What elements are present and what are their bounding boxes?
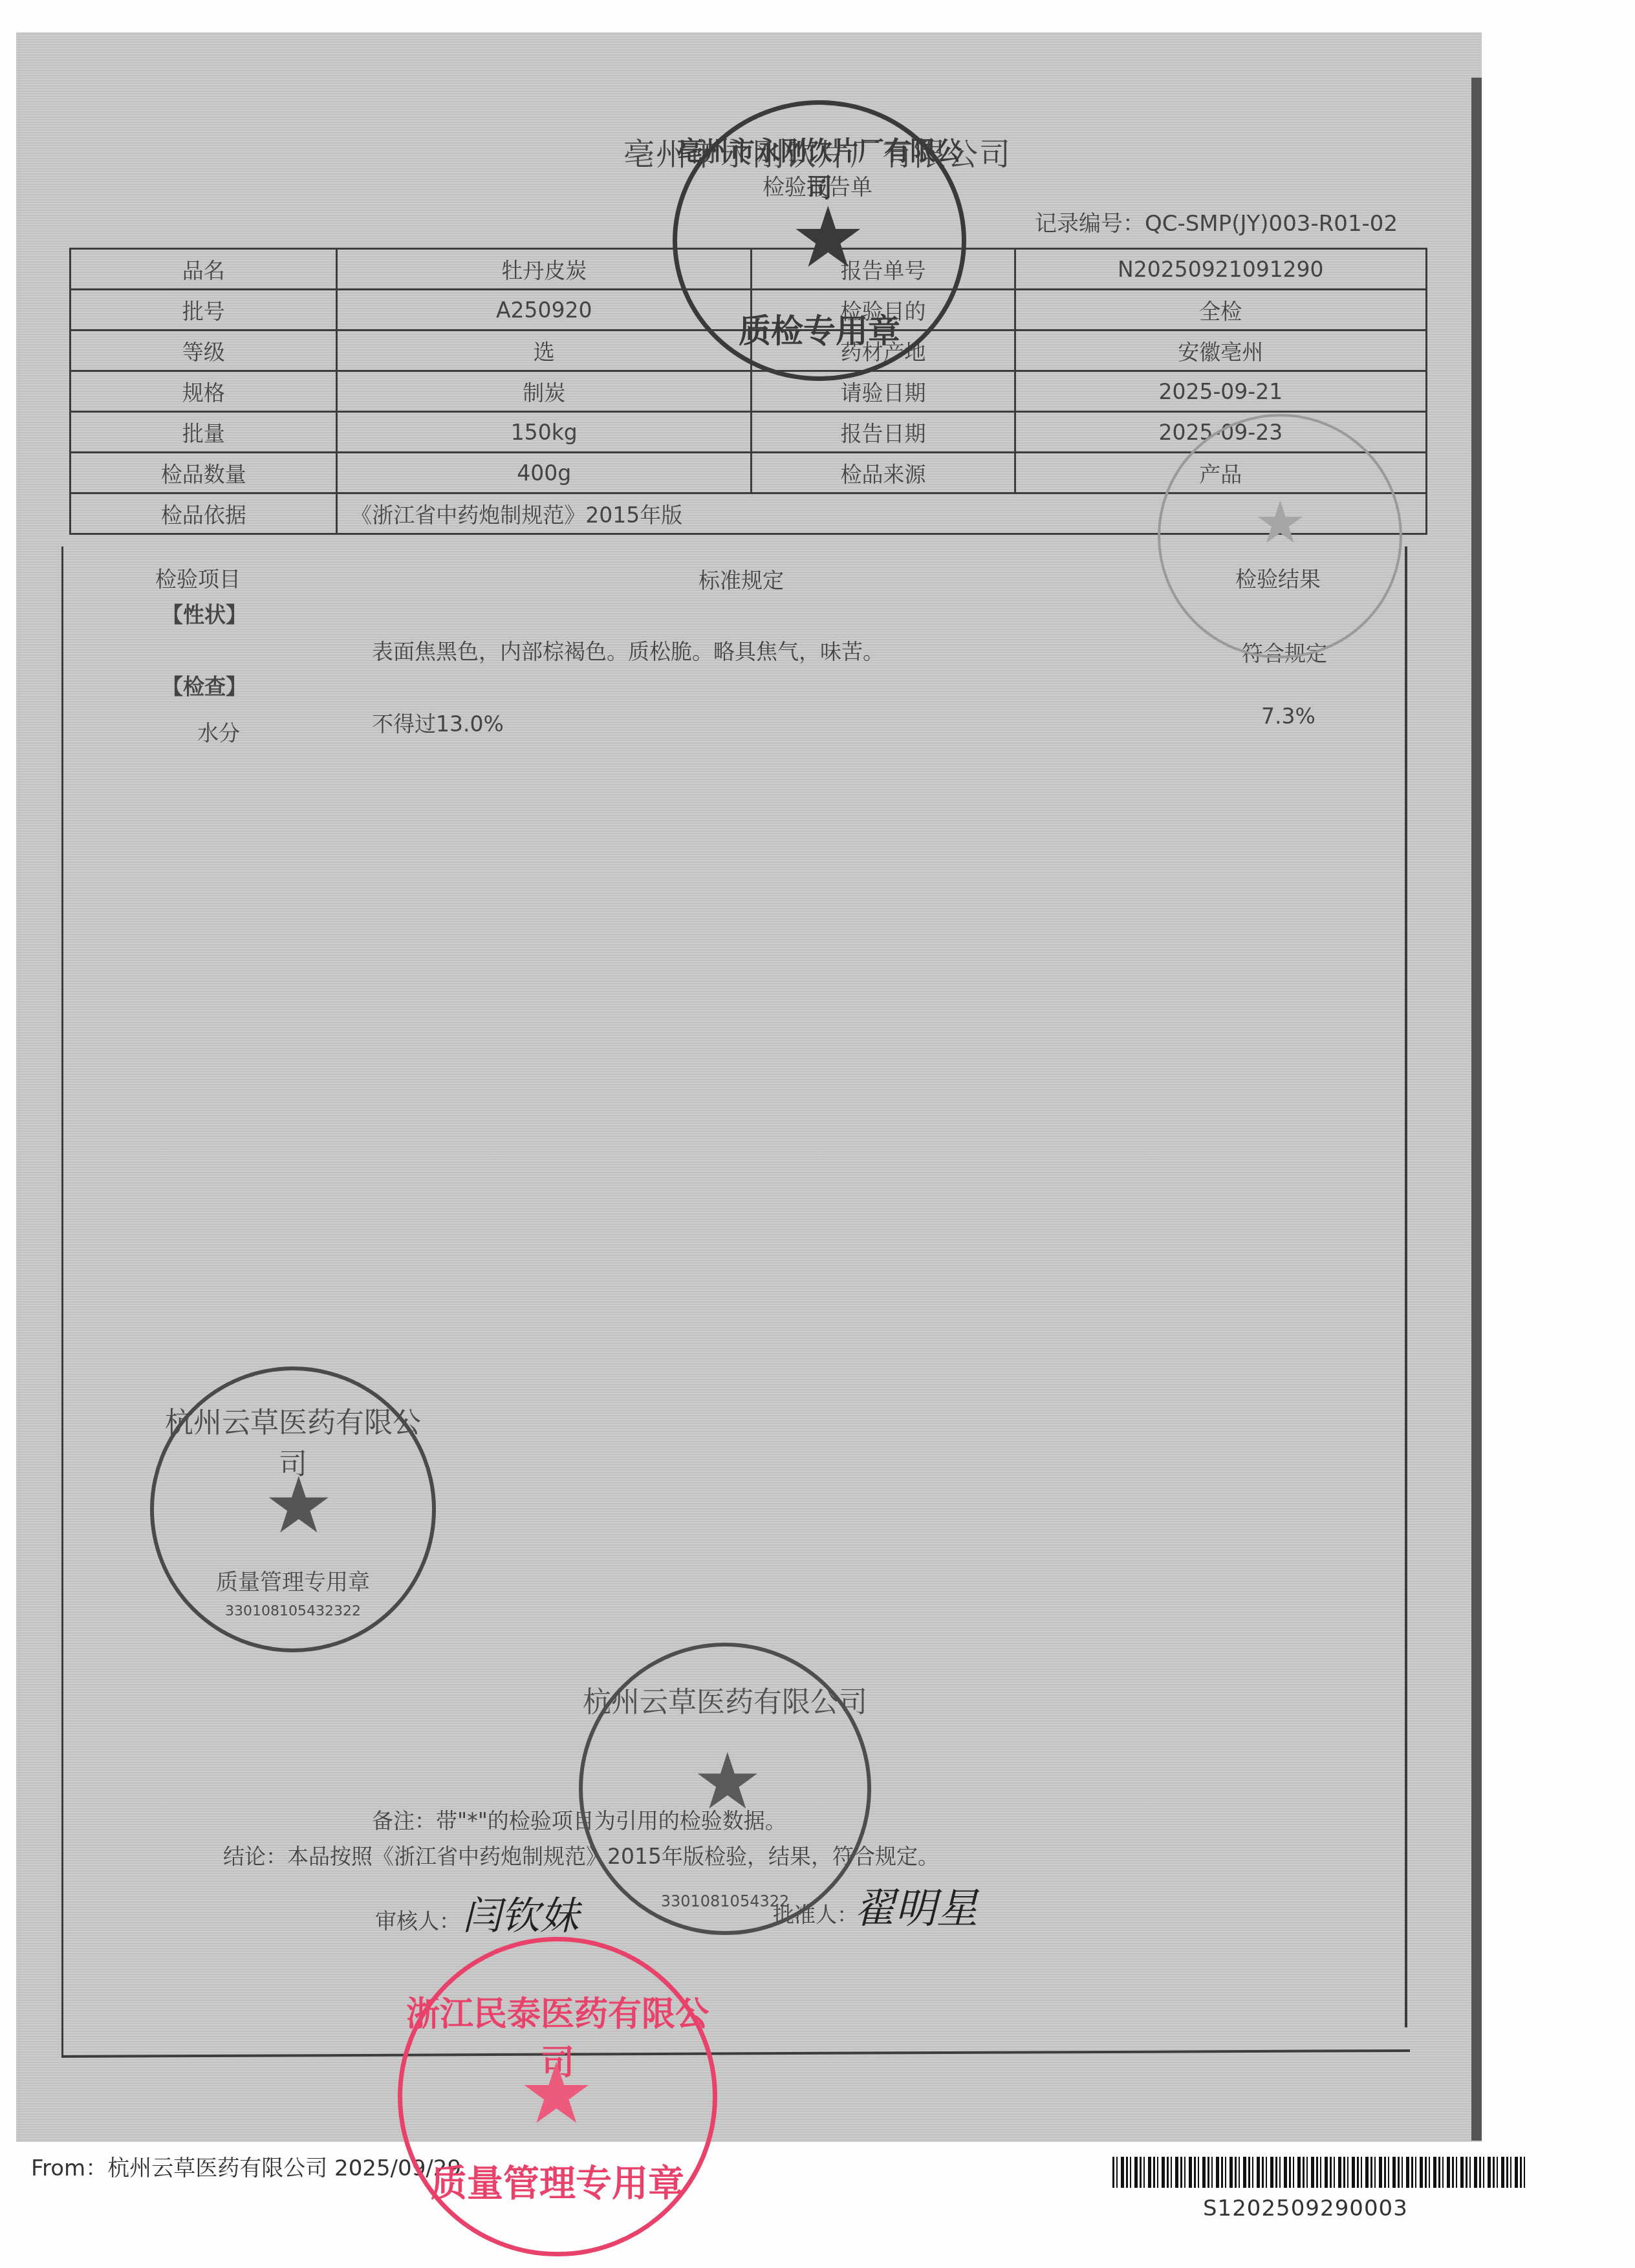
barcode-icon — [1112, 2157, 1526, 2188]
frame-left-line — [61, 546, 63, 2057]
value-cell: 安徽亳州 — [1015, 330, 1426, 371]
standard-moisture: 不得过13.0% — [372, 707, 504, 738]
record-number-value: QC-SMP(JY)003-R01-02 — [1145, 211, 1398, 237]
fax-from-line: From：杭州云草医药有限公司 2025/09/29 — [31, 2150, 461, 2182]
stamp-left-quality: 杭州云草医药有限公司 ★ 质量管理专用章 330108105432322 — [150, 1366, 436, 1652]
frame-right-line — [1405, 546, 1407, 2027]
label-cell: 批量 — [70, 412, 337, 453]
stamp-red-quality: 浙江民泰医药有限公司 ★ 质量管理专用章 — [398, 1937, 717, 2256]
column-header-standard: 标准规定 — [698, 564, 784, 594]
scan-edge-shadow — [1471, 78, 1482, 2141]
star-icon: ★ — [1254, 494, 1306, 552]
value-cell: 制炭 — [337, 371, 752, 412]
label-cell: 批号 — [70, 290, 337, 330]
approver-signature: 翟明星 — [854, 1875, 978, 1935]
label-cell: 检品依据 — [70, 493, 337, 534]
star-icon: ★ — [693, 1744, 763, 1821]
label-cell: 检品数量 — [70, 453, 337, 493]
table-row: 规格 制炭 请验日期 2025-09-21 — [70, 371, 1427, 412]
item-moisture: 水分 — [197, 717, 240, 747]
value-cell: 全检 — [1015, 290, 1426, 330]
column-header-item: 检验项目 — [155, 563, 241, 593]
value-cell: 400g — [337, 453, 752, 493]
record-number-label: 记录编号： — [1035, 211, 1145, 237]
standard-appearance: 表面焦黑色，内部棕褐色。质松脆。略具焦气，味苦。 — [372, 635, 884, 665]
stamp-bottom-quality: 杭州云草医药有限公司 ★ 3301081054322 — [579, 1643, 871, 1935]
barcode-number: S1202509290003 — [1203, 2196, 1408, 2221]
value-cell: 150kg — [337, 412, 752, 453]
value-cell: 2025-09-21 — [1015, 371, 1426, 412]
label-cell: 等级 — [70, 330, 337, 371]
label-cell: 品名 — [70, 249, 337, 290]
section-heading-check: 【检查】 — [162, 670, 247, 700]
reviewer-label: 审核人： — [375, 1905, 460, 1935]
stamp-bottom-code: 3301081054322 — [583, 1892, 867, 1910]
label-cell: 检品来源 — [752, 453, 1015, 493]
stamp-bottom-ring-text: 杭州云草医药有限公司 — [583, 1679, 867, 1720]
label-cell: 规格 — [70, 371, 337, 412]
star-icon: ★ — [264, 1467, 334, 1545]
reviewer-signature: 闫钦妹 — [462, 1885, 579, 1941]
value-cell: N20250921091290 — [1015, 249, 1426, 290]
label-cell: 报告日期 — [752, 412, 1015, 453]
section-heading-appearance: 【性状】 — [162, 598, 247, 629]
result-moisture: 7.3% — [1261, 704, 1316, 729]
stamp-top-qc: 亳州市永刚饮片厂有限公司 ★ 质检专用章 — [673, 100, 966, 381]
stamp-top-center-text: 质检专用章 — [677, 305, 962, 352]
star-icon: ★ — [519, 2051, 594, 2135]
stamp-left-code: 330108105432322 — [154, 1603, 432, 1619]
stamp-red-center-text: 质量管理专用章 — [402, 2155, 713, 2207]
star-icon: ★ — [790, 195, 866, 279]
stamp-left-center-text: 质量管理专用章 — [154, 1564, 432, 1596]
record-number: 记录编号：QC-SMP(JY)003-R01-02 — [1035, 206, 1398, 237]
stamp-right-qc: ★ — [1158, 414, 1402, 658]
